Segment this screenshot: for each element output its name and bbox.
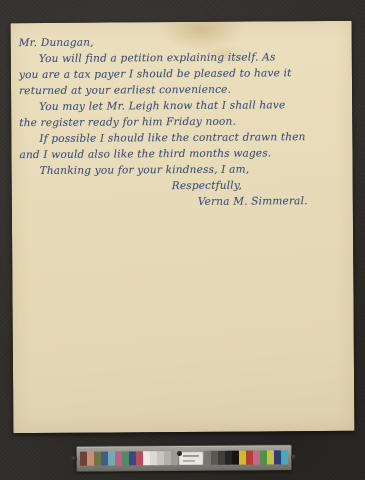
bar-screw-right (291, 454, 297, 460)
left-color-patches (80, 451, 143, 465)
signature: Verna M. Simmeral. (198, 193, 345, 210)
bar-screw-left (71, 456, 77, 462)
handwritten-letter: Mr. Dunagan, You will find a petition ex… (19, 33, 345, 211)
bar-center-dot (177, 451, 182, 456)
letter-line: If possible I should like the contract d… (19, 129, 344, 147)
right-color-patches (239, 450, 288, 464)
color-calibration-bar (76, 444, 292, 472)
letter-page: Mr. Dunagan, You will find a petition ex… (11, 21, 355, 433)
light-gray-steps (143, 451, 178, 465)
letter-closing: Respectfully, (172, 177, 345, 194)
color-patch (281, 450, 288, 464)
bar-center-label (179, 451, 203, 464)
dark-gray-steps (204, 451, 239, 465)
